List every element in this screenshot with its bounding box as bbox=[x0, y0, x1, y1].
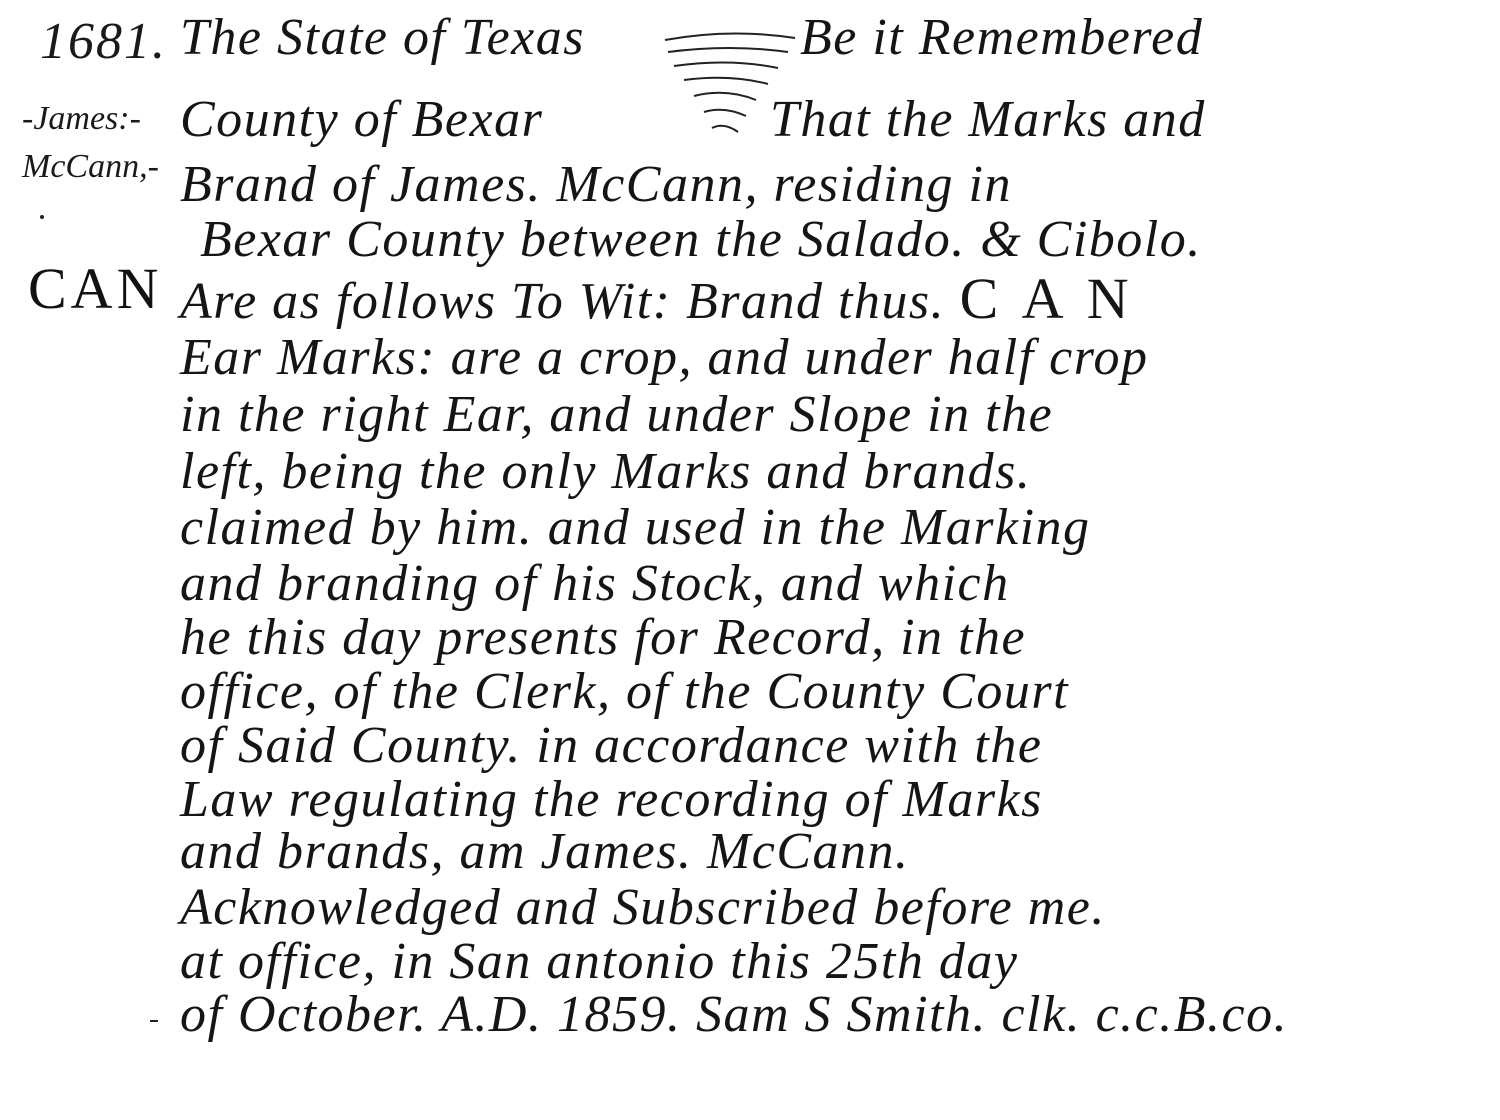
heading-be-it-remembered: Be it Remembered bbox=[800, 8, 1203, 67]
line-state: The State of Texas bbox=[180, 8, 585, 67]
heading-that-the-marks: That the Marks and bbox=[770, 90, 1206, 149]
line-presents-record: he this day presents for Record, in the bbox=[180, 608, 1026, 667]
line-said-county: of Said County. in accordance with the bbox=[180, 716, 1042, 775]
inline-brand-mark: C A N bbox=[960, 266, 1135, 331]
line-as-follows: Are as follows To Wit: Brand thus. C A N bbox=[180, 265, 1135, 332]
jurisdiction-state: The State of Texas bbox=[180, 9, 585, 66]
line-claimed: claimed by him. and used in the Marking bbox=[180, 498, 1091, 557]
line-branding-stock: and branding of his Stock, and which bbox=[180, 554, 1010, 613]
stray-ink-mark bbox=[150, 1020, 158, 1022]
margin-brand-mark: CAN bbox=[28, 255, 162, 322]
line-law-regulating: Law regulating the recording of Marks bbox=[180, 770, 1043, 829]
line-date-clerk: of October. A.D. 1859. Sam S Smith. clk.… bbox=[180, 985, 1288, 1044]
line-right-ear: in the right Ear, and under Slope in the bbox=[180, 385, 1053, 444]
line-signature: and brands, am James. McCann. bbox=[180, 822, 910, 881]
jurisdiction-county: County of Bexar bbox=[180, 91, 543, 148]
line-county: County of Bexar bbox=[180, 90, 543, 149]
line-brand-of: Brand of James. McCann, residing in bbox=[180, 155, 1012, 214]
line-ear-marks: Ear Marks: are a crop, and under half cr… bbox=[180, 328, 1149, 387]
ledger-page: 1681. -James:- McCann,- CAN The State of… bbox=[0, 0, 1500, 1120]
line-acknowledged: Acknowledged and Subscribed before me. bbox=[180, 878, 1106, 937]
line-left-ear: left, being the only Marks and brands. bbox=[180, 442, 1031, 501]
line-at-office: at office, in San antonio this 25th day bbox=[180, 932, 1018, 991]
as-follows-text: Are as follows To Wit: Brand thus. bbox=[180, 273, 945, 330]
margin-owner-last-name: McCann,- bbox=[22, 148, 159, 186]
line-residence: Bexar County between the Salado. & Cibol… bbox=[200, 210, 1202, 269]
margin-owner-first-name: -James:- bbox=[22, 100, 141, 138]
stray-ink-dot bbox=[40, 215, 44, 219]
line-office-clerk: office, of the Clerk, of the County Cour… bbox=[180, 662, 1069, 721]
entry-number: 1681. bbox=[40, 12, 167, 71]
